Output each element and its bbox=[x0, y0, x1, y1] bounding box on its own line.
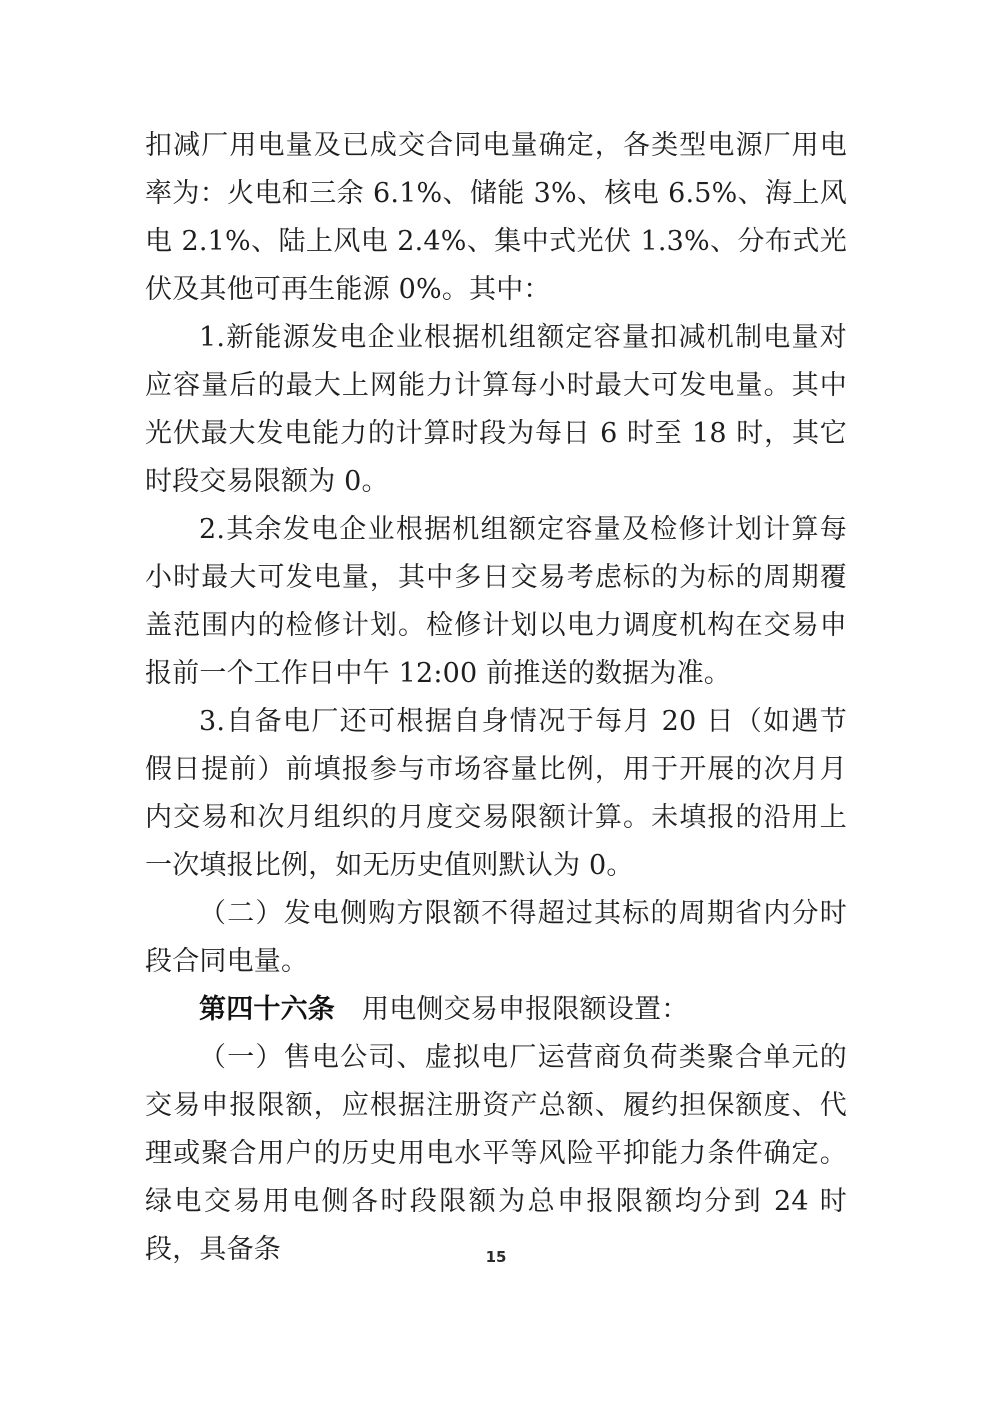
paragraph-clause-1-demand-side: （一）售电公司、虚拟电厂运营商负荷类聚合单元的交易申报限额，应根据注册资产总额、… bbox=[145, 1034, 847, 1274]
paragraph-item-1-new-energy: 1.新能源发电企业根据机组额定容量扣减机制电量对应容量后的最大上网能力计算每小时… bbox=[145, 314, 847, 506]
paragraph-clause-2-generation-side: （二）发电侧购方限额不得超过其标的周期省内分时段合同电量。 bbox=[145, 890, 847, 986]
document-page: 扣减厂用电量及已成交合同电量确定，各类型电源厂用电率为：火电和三余 6.1%、储… bbox=[0, 0, 992, 1403]
paragraph-item-3-self-owned-plants: 3.自备电厂还可根据自身情况于每月 20 日（如遇节假日提前）前填报参与市场容量… bbox=[145, 698, 847, 890]
article-number: 第四十六条 bbox=[199, 994, 335, 1025]
document-body: 扣减厂用电量及已成交合同电量确定，各类型电源厂用电率为：火电和三余 6.1%、储… bbox=[145, 122, 847, 1274]
page-number: 15 bbox=[0, 1246, 992, 1268]
article-46-heading: 第四十六条用电侧交易申报限额设置： bbox=[145, 986, 847, 1034]
paragraph-plant-power-rates: 扣减厂用电量及已成交合同电量确定，各类型电源厂用电率为：火电和三余 6.1%、储… bbox=[145, 122, 847, 314]
article-title: 用电侧交易申报限额设置： bbox=[362, 994, 688, 1025]
paragraph-item-2-other-generators: 2.其余发电企业根据机组额定容量及检修计划计算每小时最大可发电量，其中多日交易考… bbox=[145, 506, 847, 698]
